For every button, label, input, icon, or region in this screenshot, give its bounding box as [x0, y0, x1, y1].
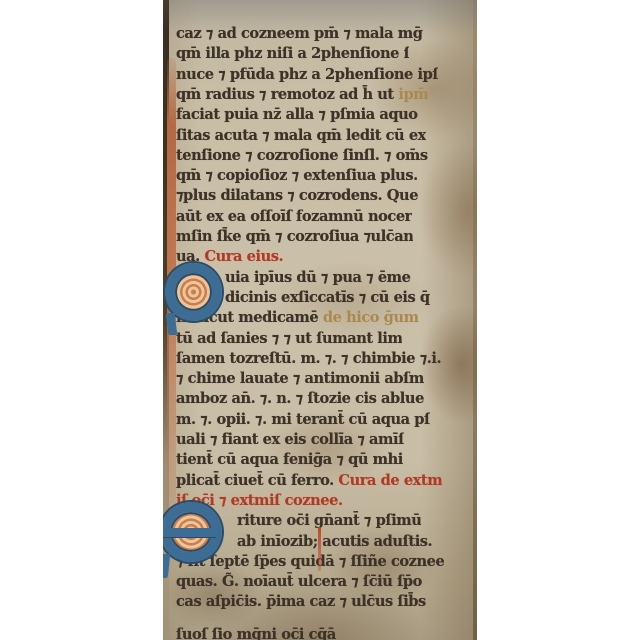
text-line: dicinis exſiccatīs ⁊ cū eis q̄ — [225, 288, 430, 308]
manuscript-text: tient̄ cū aqua feniḡa ⁊ qū mhi — [176, 451, 403, 468]
text-line: tū ad ſanies ⁊ ⁊ ut ſumant lim — [176, 329, 402, 349]
manuscript-text: mſin ſk̄e qm̄ ⁊ cozroſiua ⁊ulc̄an — [176, 228, 413, 245]
illuminated-initial-q: Q — [165, 263, 222, 321]
text-line: ⁊ chime lauate ⁊ antimonii abſm — [176, 369, 424, 389]
text-line: riture oc̄i gn̄ant̄ ⁊ pſimū — [237, 511, 421, 531]
text-line: mſin ſk̄e qm̄ ⁊ cozroſiua ⁊ulc̄an — [176, 227, 413, 247]
rubric-penwork-flourish — [318, 527, 321, 571]
text-line: ⁊plus dilatans ⁊ cozrodens. Que — [176, 186, 418, 206]
manuscript-text: plicat̄ ciuet̄ cū ferro. — [176, 472, 338, 489]
text-line: cas aſpic̄is. p̄ima caz ⁊ ulc̄us ſib̄s — [176, 592, 426, 612]
text-line: qm̄ illa phz niſi a 2phenſione ſ — [176, 44, 409, 64]
manuscript-text: caz ⁊ ad cozneem pm̄ ⁊ mala mḡ — [176, 25, 423, 42]
text-line: nuce ⁊ pfūda phz a 2phenſione ipſ — [176, 65, 438, 85]
manuscript-text: ipm̄ — [398, 86, 428, 103]
manuscript-text: m. ⁊. opii. ⁊. mi terant̄ cū aqua pſ — [176, 411, 430, 428]
manuscript-text: tū ad ſanies ⁊ ⁊ ut ſumant lim — [176, 330, 402, 347]
manuscript-text: ⁊plus dilatans ⁊ cozrodens. Que — [176, 187, 418, 204]
manuscript-text: ſuoſ ſio mḡni oc̄i cq̄ā — [176, 626, 336, 640]
text-line: uali ⁊ fiant ex eis collīa ⁊ amīſ — [176, 430, 404, 450]
text-line: caz ⁊ ad cozneem pm̄ ⁊ mala mḡ — [176, 24, 423, 44]
manuscript-text: uali ⁊ fiant ex eis collīa ⁊ amīſ — [176, 431, 404, 448]
text-line: amboz an̄. ⁊. n. ⁊ ſtozie cis ablue — [176, 389, 424, 409]
manuscript-text: ⁊ chime lauate ⁊ antimonii abſm — [176, 370, 424, 387]
manuscript-text: qm̄ radius ⁊ remotoz ad h̄ ut — [176, 86, 398, 103]
manuscript-text: nuce ⁊ pfūda phz a 2phenſione ipſ — [176, 66, 438, 83]
manuscript-text: ab inīozib; acutis aduſtis. — [237, 533, 432, 550]
text-line: aūt ex ea oſſoīſ fozamnū nocer — [176, 207, 412, 227]
text-line: qm̄ radius ⁊ remotoz ad h̄ ut ipm̄ — [176, 85, 428, 105]
text-line: m. ⁊. opii. ⁊. mi terant̄ cū aqua pſ — [176, 410, 430, 430]
text-line: ab inīozib; acutis aduſtis. — [237, 532, 432, 552]
manuscript-text: tenſione ⁊ cozroſione ſinſl. ⁊ om̄s — [176, 147, 428, 164]
text-line: ſitas acuta ⁊ mala qm̄ ledit cū ex — [176, 126, 426, 146]
manuscript-text: qm̄ illa phz niſi a 2phenſione ſ — [176, 45, 409, 62]
text-line: tenſione ⁊ cozroſione ſinſl. ⁊ om̄s — [176, 146, 428, 166]
manuscript-text: dicinis exſiccatīs ⁊ cū eis q̄ — [225, 289, 430, 306]
rubric-text: Cura eius. — [204, 248, 283, 265]
photo-canvas: caz ⁊ ad cozneem pm̄ ⁊ mala mḡqm̄ illa p… — [0, 0, 640, 640]
text-line: quas. G̃. noīaut̄ ulcera ⁊ ſc̄iū ſp̄o — [176, 572, 422, 592]
manuscript-text: cas aſpic̄is. p̄ima caz ⁊ ulc̄us ſib̄s — [176, 593, 426, 610]
text-line: ſuoſ ſio mḡni oc̄i cq̄ā — [176, 625, 336, 640]
manuscript-text: de hico ḡum — [323, 309, 419, 326]
manuscript-text: qm̄ ⁊ copioſioz ⁊ extenſiua plus. — [176, 167, 418, 184]
text-line: faciat puia nz̄ alla ⁊ pſmia aquo — [176, 105, 418, 125]
manuscript-text: uia ipīus dū ⁊ pua ⁊ ēme — [225, 269, 411, 286]
text-line: ſamen tozreſtū. m. ⁊. ⁊ chimbie ⁊.i. — [176, 349, 441, 369]
text-line: uia ipīus dū ⁊ pua ⁊ ēme — [225, 268, 411, 288]
rubric-text: Cura de extm — [338, 472, 442, 489]
manuscript-text: amboz an̄. ⁊. n. ⁊ ſtozie cis ablue — [176, 390, 424, 407]
manuscript-photo: caz ⁊ ad cozneem pm̄ ⁊ mala mḡqm̄ illa p… — [163, 0, 477, 640]
manuscript-text: aūt ex ea oſſoīſ fozamnū nocer — [176, 208, 412, 225]
manuscript-text: riture oc̄i gn̄ant̄ ⁊ pſimū — [237, 512, 421, 529]
text-line: ⁊ ſit ſeptē ſp̄es quidā ⁊ ſſiñe coznee — [176, 552, 444, 572]
manuscript-text: faciat puia nz̄ alla ⁊ pſmia aquo — [176, 106, 418, 123]
text-line: tient̄ cū aqua feniḡa ⁊ qū mhi — [176, 450, 403, 470]
manuscript-text: ſamen tozreſtū. m. ⁊. ⁊ chimbie ⁊.i. — [176, 350, 441, 367]
manuscript-text: ⁊ ſit ſeptē ſp̄es quidā ⁊ ſſiñe coznee — [176, 553, 444, 570]
manuscript-text: quas. G̃. noīaut̄ ulcera ⁊ ſc̄iū ſp̄o — [176, 573, 422, 590]
text-line: plicat̄ ciuet̄ cū ferro. Cura de extm — [176, 471, 442, 491]
manuscript-text: ſitas acuta ⁊ mala qm̄ ledit cū ex — [176, 127, 426, 144]
text-line: qm̄ ⁊ copioſioz ⁊ extenſiua plus. — [176, 166, 418, 186]
